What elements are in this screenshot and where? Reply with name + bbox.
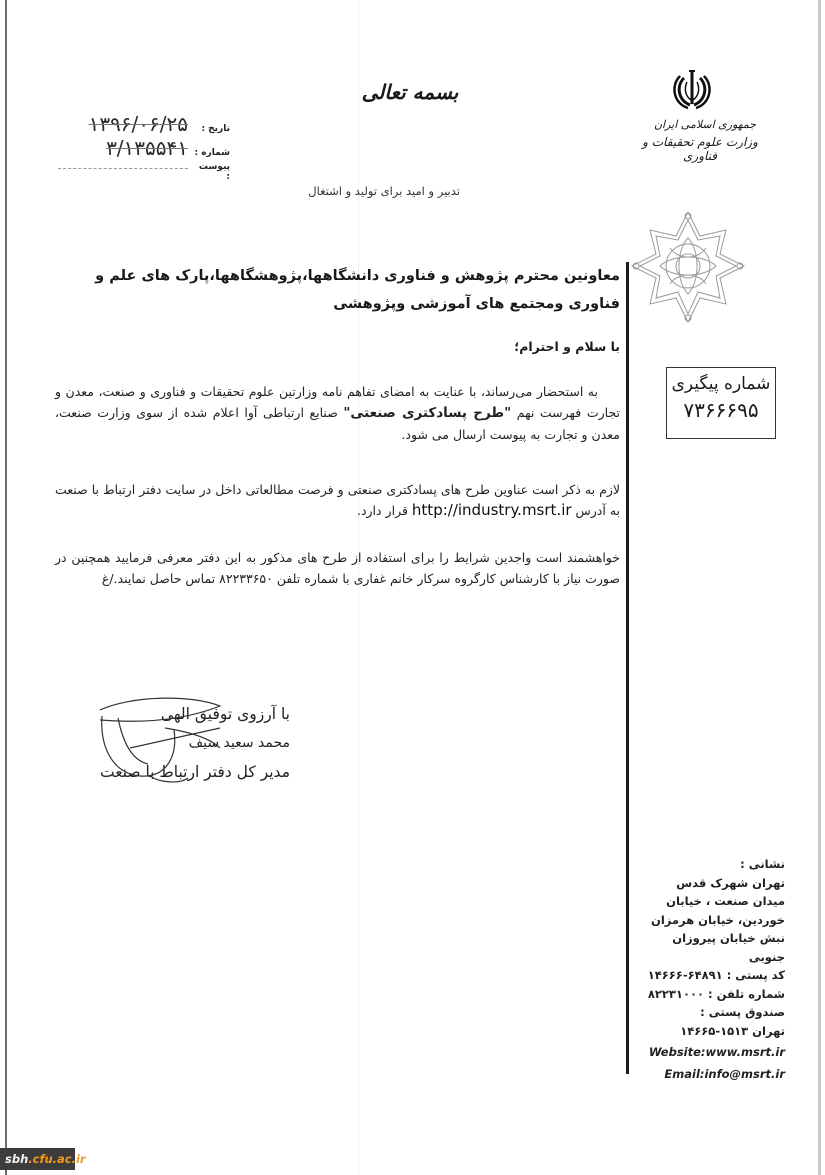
attachment-blank <box>58 160 188 169</box>
logo-ministry-name: وزارت علوم تحقیقات و فناوری <box>630 135 770 163</box>
address-line: تهران شهرک قدس <box>640 874 785 893</box>
site-watermark: sbh.cfu.ac.ir <box>0 1148 75 1170</box>
body-paragraph-3: خواهشمند است واجدین شرایط را برای استفاد… <box>55 547 620 589</box>
margin-vertical-rule <box>626 262 629 1074</box>
watermark-domain: .cfu.ac.ir <box>28 1152 85 1166</box>
program-title: "طرح پسادکتری صنعتی" <box>343 405 511 421</box>
website-link[interactable]: Website:www.msrt.ir <box>640 1043 785 1062</box>
tracking-label: شماره پیگیری <box>667 374 775 394</box>
address-label: نشانی : <box>640 855 785 874</box>
greeting: با سلام و احترام؛ <box>300 339 620 354</box>
bismillah-heading: بسمه تعالی <box>360 80 460 104</box>
ministry-address: نشانی : تهران شهرک قدس میدان صنعت ، خیاب… <box>640 855 785 1083</box>
recipient-heading: معاونین محترم پژوهش و فناوری دانشگاهها،پ… <box>55 262 620 318</box>
number-row: شماره : ۳/۱۳۵۵۴۱ <box>30 136 230 160</box>
address-line: میدان صنعت ، خیابان <box>640 892 785 911</box>
iran-emblem-icon <box>670 68 714 112</box>
slogan: تدبیر و امید برای تولید و اشتغال <box>290 184 460 198</box>
phone-number: شماره تلفن : ۸۲۲۳۱۰۰۰ <box>640 985 785 1004</box>
email-link[interactable]: Email:info@msrt.ir <box>640 1065 785 1084</box>
number-label: شماره : <box>194 148 230 158</box>
address-line: نبش خیابان پیروزان جنوبی <box>640 929 785 966</box>
watermark-prefix: sbh <box>5 1152 28 1166</box>
attachment-label: پیوست : <box>194 162 230 182</box>
tracking-number: ۷۳۶۶۶۹۵ <box>667 398 775 422</box>
page-edge-left <box>5 0 7 1175</box>
industry-website-link[interactable]: http://industry.msrt.ir <box>412 501 572 519</box>
number-value: ۳/۱۳۵۵۴۱ <box>106 136 188 160</box>
tracking-number-box: شماره پیگیری ۷۳۶۶۶۹۵ <box>666 367 776 439</box>
handwritten-signature-icon <box>70 688 240 788</box>
letter-meta: تاریخ : ۱۳۹۶/۰۶/۲۵ شماره : ۳/۱۳۵۵۴۱ پیوس… <box>30 112 230 184</box>
date-value: ۱۳۹۶/۰۶/۲۵ <box>89 112 188 136</box>
arabesque-ornament-icon <box>628 208 748 326</box>
postal-code: کد پستی : ۶۴۸۹۱-۱۴۶۶۶ <box>640 966 785 985</box>
logo-country-name: جمهوری اسلامی ایران <box>630 118 770 131</box>
para2-text-end: قرار دارد. <box>357 503 412 518</box>
date-label: تاریخ : <box>194 124 230 134</box>
po-box-label: صندوق پستی : <box>640 1003 785 1022</box>
body-paragraph-2: لازم به ذکر است عناوین طرح های پسادکتری … <box>55 479 620 521</box>
attachment-row: پیوست : <box>30 160 230 184</box>
body-paragraph-1: به استحضار می‌رساند، با عنایت به امضای ت… <box>55 381 620 445</box>
po-box-value: تهران ۱۵۱۳-۱۴۶۶۵ <box>640 1022 785 1041</box>
ministry-logo: جمهوری اسلامی ایران وزارت علوم تحقیقات و… <box>630 68 770 163</box>
address-line: خوردین، خیابان هرمزان <box>640 911 785 930</box>
page-edge-right <box>818 0 821 1175</box>
date-row: تاریخ : ۱۳۹۶/۰۶/۲۵ <box>30 112 230 136</box>
